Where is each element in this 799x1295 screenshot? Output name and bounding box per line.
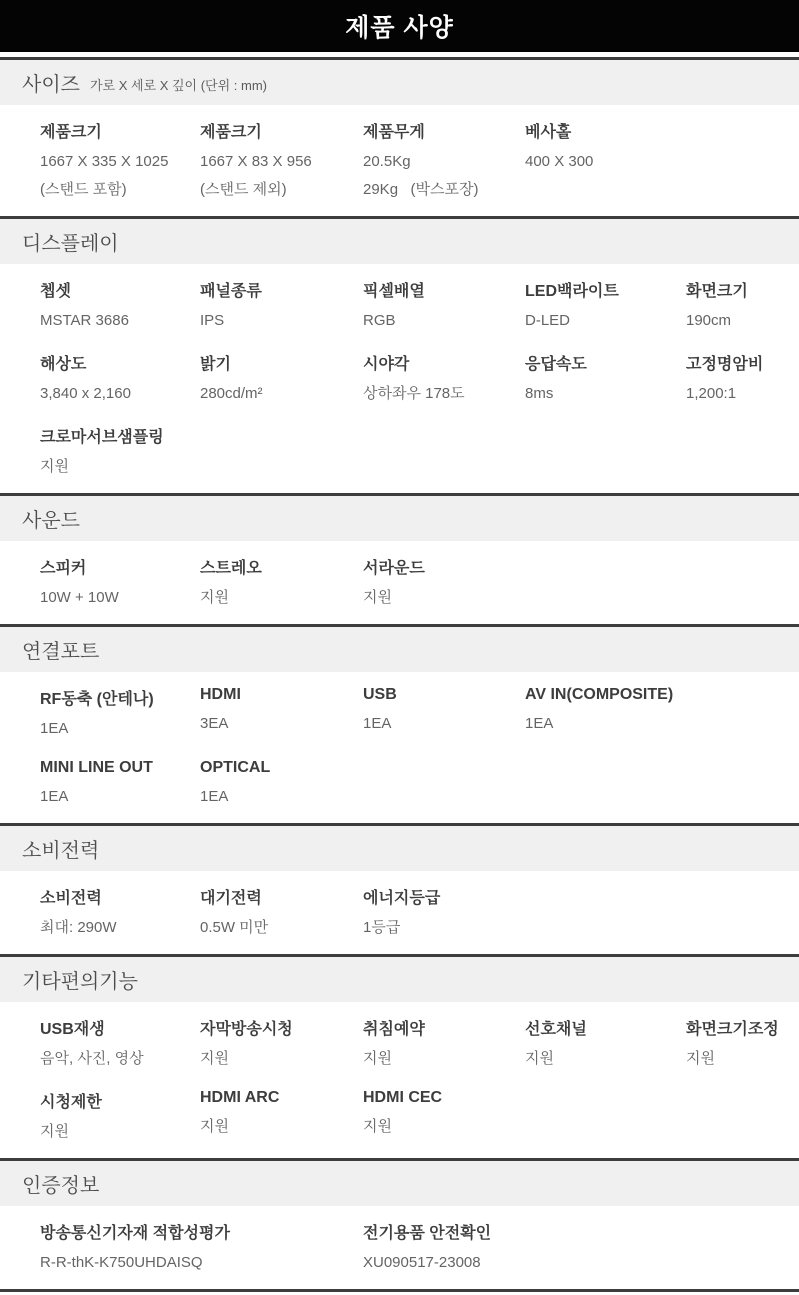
spec-values: 지원 bbox=[686, 1050, 791, 1068]
spec-values: 1EA bbox=[363, 715, 525, 733]
spec-values: 3EA bbox=[200, 715, 363, 733]
spec-label: 시야각 bbox=[363, 351, 525, 374]
spec-item: 픽셀배열 RGB bbox=[363, 278, 525, 330]
spec-values: 지원 bbox=[363, 589, 525, 607]
spec-values: 0.5W 미만 bbox=[200, 919, 363, 937]
spec-values: 1667 X 335 X 1025(스탠드 포함) bbox=[40, 153, 200, 199]
spec-values: 1667 X 83 X 956(스탠드 제외) bbox=[200, 153, 363, 199]
spec-values: 400 X 300 bbox=[525, 153, 686, 171]
spec-item: 해상도 3,840 x 2,160 bbox=[40, 351, 200, 403]
spec-values: 8ms bbox=[525, 385, 686, 403]
spec-value: 1EA bbox=[40, 788, 200, 806]
spec-values: 지원 bbox=[200, 1050, 363, 1068]
spec-label: 방송통신기자재 적합성평가 bbox=[40, 1220, 363, 1243]
spec-values: 1EA bbox=[40, 788, 200, 806]
section-content: RF동축 (안테나) 1EA HDMI 3EA USB 1EA AV IN(CO… bbox=[0, 672, 799, 823]
spec-values: 10W + 10W bbox=[40, 589, 200, 607]
section-content: 스피커 10W + 10W 스트레오 지원 서라운드 지원 bbox=[0, 541, 799, 624]
spec-value: 지원 bbox=[200, 589, 363, 607]
spec-values: 상하좌우 178도 bbox=[363, 385, 525, 403]
spec-row: 시청제한 지원 HDMI ARC 지원 HDMI CEC 지원 bbox=[40, 1089, 791, 1141]
spec-values: IPS bbox=[200, 312, 363, 330]
spec-value: 0.5W 미만 bbox=[200, 919, 363, 937]
spec-value: (스탠드 제외) bbox=[200, 181, 363, 199]
section-title: 기타편의기능 bbox=[22, 965, 138, 994]
spec-item: 패널종류 IPS bbox=[200, 278, 363, 330]
spec-item: USB재생 음악, 사진, 영상 bbox=[40, 1016, 200, 1068]
spec-value: 지원 bbox=[40, 1123, 200, 1141]
spec-item: MINI LINE OUT 1EA bbox=[40, 759, 200, 806]
spec-item: 서라운드 지원 bbox=[363, 555, 525, 607]
spec-label: 화면크기조정 bbox=[686, 1016, 791, 1039]
spec-label: 응답속도 bbox=[525, 351, 686, 374]
section-title: 사이즈 bbox=[22, 68, 80, 97]
page-title: 제품 사양 bbox=[345, 8, 454, 44]
spec-values: 지원 bbox=[363, 1050, 525, 1068]
spec-label: 고정명암비 bbox=[686, 351, 791, 374]
spec-values: 20.5Kg29Kg (박스포장) bbox=[363, 153, 525, 199]
spec-values: 최대: 290W bbox=[40, 919, 200, 937]
spec-value: 지원 bbox=[363, 1118, 525, 1136]
spec-sections: 사이즈 가로 X 세로 X 깊이 (단위 : mm) 제품크기 1667 X 3… bbox=[0, 52, 799, 1289]
spec-item: 소비전력 최대: 290W bbox=[40, 885, 200, 937]
spec-row: RF동축 (안테나) 1EA HDMI 3EA USB 1EA AV IN(CO… bbox=[40, 686, 791, 738]
section-ports: 연결포트 RF동축 (안테나) 1EA HDMI 3EA USB 1EA AV … bbox=[0, 624, 799, 823]
spec-values: 1EA bbox=[40, 720, 200, 738]
spec-item: HDMI 3EA bbox=[200, 686, 363, 733]
spec-label: 해상도 bbox=[40, 351, 200, 374]
spec-value: 1EA bbox=[525, 715, 686, 733]
spec-value: 280cd/m² bbox=[200, 385, 363, 403]
section-header-bar: 사운드 bbox=[0, 493, 799, 541]
spec-row: 방송통신기자재 적합성평가 R-R-thK-K750UHDAISQ 전기용품 안… bbox=[40, 1220, 791, 1272]
section-features: 기타편의기능 USB재생 음악, 사진, 영상 자막방송시청 지원 취침예약 지… bbox=[0, 954, 799, 1158]
spec-item: 시야각 상하좌우 178도 bbox=[363, 351, 525, 403]
section-header-bar: 소비전력 bbox=[0, 823, 799, 871]
spec-label: 선호채널 bbox=[525, 1016, 686, 1039]
section-certification: 인증정보 방송통신기자재 적합성평가 R-R-thK-K750UHDAISQ 전… bbox=[0, 1158, 799, 1289]
spec-value: 지원 bbox=[686, 1050, 791, 1068]
spec-row: 소비전력 최대: 290W 대기전력 0.5W 미만 에너지등급 1등급 bbox=[40, 885, 791, 937]
spec-row: 쳅셋 MSTAR 3686 패널종류 IPS 픽셀배열 RGB LED백라이트 … bbox=[40, 278, 791, 330]
spec-item: 취침예약 지원 bbox=[363, 1016, 525, 1068]
spec-label: 스트레오 bbox=[200, 555, 363, 578]
spec-row: 해상도 3,840 x 2,160 밝기 280cd/m² 시야각 상하좌우 1… bbox=[40, 351, 791, 403]
spec-values: 1EA bbox=[525, 715, 686, 733]
spec-values: 1,200:1 bbox=[686, 385, 791, 403]
spec-value: 3EA bbox=[200, 715, 363, 733]
spec-item: 크로마서브샘플링 지원 bbox=[40, 424, 200, 476]
spec-item: AV IN(COMPOSITE) 1EA bbox=[525, 686, 686, 733]
spec-value: D-LED bbox=[525, 312, 686, 330]
spec-value: 지원 bbox=[525, 1050, 686, 1068]
spec-values: R-R-thK-K750UHDAISQ bbox=[40, 1254, 363, 1272]
spec-item: 제품크기 1667 X 335 X 1025(스탠드 포함) bbox=[40, 119, 200, 199]
spec-item: 전기용품 안전확인 XU090517-23008 bbox=[363, 1220, 525, 1272]
spec-value: 20.5Kg bbox=[363, 153, 525, 171]
spec-item: 스피커 10W + 10W bbox=[40, 555, 200, 607]
section-header-bar: 기타편의기능 bbox=[0, 954, 799, 1002]
spec-item: 대기전력 0.5W 미만 bbox=[200, 885, 363, 937]
spec-values: 음악, 사진, 영상 bbox=[40, 1050, 200, 1068]
spec-row: MINI LINE OUT 1EA OPTICAL 1EA bbox=[40, 759, 791, 806]
spec-value: 1EA bbox=[363, 715, 525, 733]
spec-values: 지원 bbox=[40, 458, 200, 476]
spec-label: 베사홀 bbox=[525, 119, 686, 142]
spec-value: 1667 X 335 X 1025 bbox=[40, 153, 200, 171]
spec-values: 280cd/m² bbox=[200, 385, 363, 403]
spec-item: LED백라이트 D-LED bbox=[525, 278, 686, 330]
spec-value: 8ms bbox=[525, 385, 686, 403]
spec-item: 선호채널 지원 bbox=[525, 1016, 686, 1068]
spec-item: 응답속도 8ms bbox=[525, 351, 686, 403]
spec-item: 밝기 280cd/m² bbox=[200, 351, 363, 403]
spec-values: 지원 bbox=[200, 1118, 363, 1136]
spec-values: XU090517-23008 bbox=[363, 1254, 525, 1272]
spec-item: 에너지등급 1등급 bbox=[363, 885, 525, 937]
spec-value: 1,200:1 bbox=[686, 385, 791, 403]
section-display: 디스플레이 쳅셋 MSTAR 3686 패널종류 IPS 픽셀배열 RGB LE… bbox=[0, 216, 799, 493]
spec-value: RGB bbox=[363, 312, 525, 330]
spec-item: 스트레오 지원 bbox=[200, 555, 363, 607]
spec-value: 상하좌우 178도 bbox=[363, 385, 525, 403]
spec-values: D-LED bbox=[525, 312, 686, 330]
spec-label: 픽셀배열 bbox=[363, 278, 525, 301]
section-sound: 사운드 스피커 10W + 10W 스트레오 지원 서라운드 지원 bbox=[0, 493, 799, 624]
spec-value: 지원 bbox=[200, 1118, 363, 1136]
spec-value: 1667 X 83 X 956 bbox=[200, 153, 363, 171]
spec-label: 서라운드 bbox=[363, 555, 525, 578]
spec-label: 패널종류 bbox=[200, 278, 363, 301]
spec-values: RGB bbox=[363, 312, 525, 330]
spec-label: 대기전력 bbox=[200, 885, 363, 908]
spec-value: 1EA bbox=[200, 788, 363, 806]
spec-label: 자막방송시청 bbox=[200, 1016, 363, 1039]
section-content: 방송통신기자재 적합성평가 R-R-thK-K750UHDAISQ 전기용품 안… bbox=[0, 1206, 799, 1289]
section-header-bar: 사이즈 가로 X 세로 X 깊이 (단위 : mm) bbox=[0, 57, 799, 105]
spec-values: 지원 bbox=[363, 1118, 525, 1136]
section-header-bar: 디스플레이 bbox=[0, 216, 799, 264]
spec-value: XU090517-23008 bbox=[363, 1254, 525, 1272]
spec-label: MINI LINE OUT bbox=[40, 759, 200, 777]
spec-values: 지원 bbox=[200, 589, 363, 607]
spec-item: HDMI CEC 지원 bbox=[363, 1089, 525, 1136]
spec-item: RF동축 (안테나) 1EA bbox=[40, 686, 200, 738]
spec-row: 크로마서브샘플링 지원 bbox=[40, 424, 791, 476]
section-title: 인증정보 bbox=[22, 1169, 99, 1198]
spec-item: 베사홀 400 X 300 bbox=[525, 119, 686, 171]
spec-row: 스피커 10W + 10W 스트레오 지원 서라운드 지원 bbox=[40, 555, 791, 607]
spec-values: 1등급 bbox=[363, 919, 525, 937]
spec-label: 에너지등급 bbox=[363, 885, 525, 908]
spec-row: 제품크기 1667 X 335 X 1025(스탠드 포함) 제품크기 1667… bbox=[40, 119, 791, 199]
spec-label: 시청제한 bbox=[40, 1089, 200, 1112]
spec-label: 크로마서브샘플링 bbox=[40, 424, 200, 447]
spec-item: HDMI ARC 지원 bbox=[200, 1089, 363, 1136]
spec-label: HDMI CEC bbox=[363, 1089, 525, 1107]
spec-value: MSTAR 3686 bbox=[40, 312, 200, 330]
spec-label: 제품크기 bbox=[200, 119, 363, 142]
spec-row: USB재생 음악, 사진, 영상 자막방송시청 지원 취침예약 지원 선호채널 … bbox=[40, 1016, 791, 1068]
spec-values: 지원 bbox=[40, 1123, 200, 1141]
spec-values: MSTAR 3686 bbox=[40, 312, 200, 330]
spec-label: HDMI bbox=[200, 686, 363, 704]
section-content: USB재생 음악, 사진, 영상 자막방송시청 지원 취침예약 지원 선호채널 … bbox=[0, 1002, 799, 1158]
spec-value: 최대: 290W bbox=[40, 919, 200, 937]
spec-label: USB재생 bbox=[40, 1016, 200, 1039]
section-subtitle: 가로 X 세로 X 깊이 (단위 : mm) bbox=[90, 72, 267, 94]
spec-label: 스피커 bbox=[40, 555, 200, 578]
page-bottom-border bbox=[0, 1289, 799, 1295]
spec-label: 전기용품 안전확인 bbox=[363, 1220, 525, 1243]
spec-value: 10W + 10W bbox=[40, 589, 200, 607]
spec-value: 지원 bbox=[40, 458, 200, 476]
spec-value: 29Kg (박스포장) bbox=[363, 181, 525, 199]
spec-label: 취침예약 bbox=[363, 1016, 525, 1039]
spec-value: 400 X 300 bbox=[525, 153, 686, 171]
spec-item: 자막방송시청 지원 bbox=[200, 1016, 363, 1068]
spec-label: 제품크기 bbox=[40, 119, 200, 142]
spec-item: USB 1EA bbox=[363, 686, 525, 733]
spec-item: 화면크기 190cm bbox=[686, 278, 791, 330]
spec-value: 3,840 x 2,160 bbox=[40, 385, 200, 403]
spec-value: 음악, 사진, 영상 bbox=[40, 1050, 200, 1068]
section-content: 소비전력 최대: 290W 대기전력 0.5W 미만 에너지등급 1등급 bbox=[0, 871, 799, 954]
spec-item: 고정명암비 1,200:1 bbox=[686, 351, 791, 403]
spec-item: 제품크기 1667 X 83 X 956(스탠드 제외) bbox=[200, 119, 363, 199]
section-header-bar: 연결포트 bbox=[0, 624, 799, 672]
spec-label: 소비전력 bbox=[40, 885, 200, 908]
section-content: 쳅셋 MSTAR 3686 패널종류 IPS 픽셀배열 RGB LED백라이트 … bbox=[0, 264, 799, 493]
spec-item: 제품무게 20.5Kg29Kg (박스포장) bbox=[363, 119, 525, 199]
spec-item: 방송통신기자재 적합성평가 R-R-thK-K750UHDAISQ bbox=[40, 1220, 363, 1272]
spec-value: R-R-thK-K750UHDAISQ bbox=[40, 1254, 363, 1272]
spec-item: 쳅셋 MSTAR 3686 bbox=[40, 278, 200, 330]
spec-label: OPTICAL bbox=[200, 759, 363, 777]
section-title: 사운드 bbox=[22, 504, 80, 533]
page-header: 제품 사양 bbox=[0, 0, 799, 52]
spec-label: AV IN(COMPOSITE) bbox=[525, 686, 686, 704]
spec-item: 화면크기조정 지원 bbox=[686, 1016, 791, 1068]
section-size: 사이즈 가로 X 세로 X 깊이 (단위 : mm) 제품크기 1667 X 3… bbox=[0, 57, 799, 216]
spec-label: 밝기 bbox=[200, 351, 363, 374]
section-title: 소비전력 bbox=[22, 834, 99, 863]
spec-values: 지원 bbox=[525, 1050, 686, 1068]
spec-label: 쳅셋 bbox=[40, 278, 200, 301]
spec-values: 190cm bbox=[686, 312, 791, 330]
spec-value: IPS bbox=[200, 312, 363, 330]
spec-value: 1등급 bbox=[363, 919, 525, 937]
section-power: 소비전력 소비전력 최대: 290W 대기전력 0.5W 미만 에너지등급 1등… bbox=[0, 823, 799, 954]
section-title: 디스플레이 bbox=[22, 227, 119, 256]
spec-value: 지원 bbox=[363, 589, 525, 607]
spec-label: LED백라이트 bbox=[525, 278, 686, 301]
spec-label: USB bbox=[363, 686, 525, 704]
section-title: 연결포트 bbox=[22, 635, 99, 664]
section-content: 제품크기 1667 X 335 X 1025(스탠드 포함) 제품크기 1667… bbox=[0, 105, 799, 216]
spec-values: 3,840 x 2,160 bbox=[40, 385, 200, 403]
spec-label: 화면크기 bbox=[686, 278, 791, 301]
spec-value: 지원 bbox=[363, 1050, 525, 1068]
spec-value: 1EA bbox=[40, 720, 200, 738]
spec-label: RF동축 (안테나) bbox=[40, 686, 200, 709]
spec-item: OPTICAL 1EA bbox=[200, 759, 363, 806]
spec-label: HDMI ARC bbox=[200, 1089, 363, 1107]
spec-item: 시청제한 지원 bbox=[40, 1089, 200, 1141]
spec-value: 지원 bbox=[200, 1050, 363, 1068]
section-header-bar: 인증정보 bbox=[0, 1158, 799, 1206]
spec-value: (스탠드 포함) bbox=[40, 181, 200, 199]
spec-value: 190cm bbox=[686, 312, 791, 330]
spec-label: 제품무게 bbox=[363, 119, 525, 142]
spec-values: 1EA bbox=[200, 788, 363, 806]
